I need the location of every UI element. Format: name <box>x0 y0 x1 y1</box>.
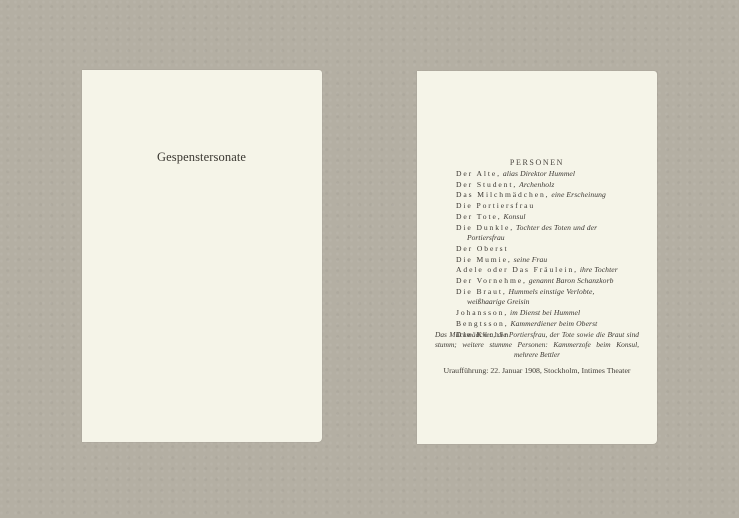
cast-list: Der Alte, alias Direktor Hummel Der Stud… <box>456 169 656 340</box>
cast-list-card: PERSONEN Der Alte, alias Direktor Hummel… <box>417 71 657 444</box>
cast-entry: Das Milchmädchen, eine Erscheinung <box>456 190 656 201</box>
title-card: Gespenstersonate <box>82 70 322 442</box>
cast-entry: Bengtsson, Kammerdiener beim Oberst <box>456 319 656 330</box>
premiere-info: Uraufführung: 22. Januar 1908, Stockholm… <box>417 366 657 375</box>
silent-roles-note: Das Milchmädchen, die Portiersfrau, der … <box>435 330 639 360</box>
cast-entry: Der Oberst <box>456 244 656 255</box>
cast-heading: PERSONEN <box>417 158 657 167</box>
cast-entry: Der Alte, alias Direktor Hummel <box>456 169 656 180</box>
cast-entry: Der Tote, Konsul <box>456 212 656 223</box>
play-title: Gespenstersonate <box>157 150 246 165</box>
cast-entry: Der Vornehme, genannt Baron Schanzkorb <box>456 276 656 287</box>
cast-entry: Der Student, Archenholz <box>456 180 656 191</box>
cast-entry: Die Mumie, seine Frau <box>456 255 656 266</box>
cast-entry: Die Dunkle, Tochter des Toten und derPor… <box>456 223 656 244</box>
cast-entry: Die Braut, Hummels einstige Verlobte,wei… <box>456 287 656 308</box>
cast-entry: Adele oder Das Fräulein, ihre Tochter <box>456 265 656 276</box>
cast-entry: Johansson, im Dienst bei Hummel <box>456 308 656 319</box>
cast-entry: Die Portiersfrau <box>456 201 656 212</box>
